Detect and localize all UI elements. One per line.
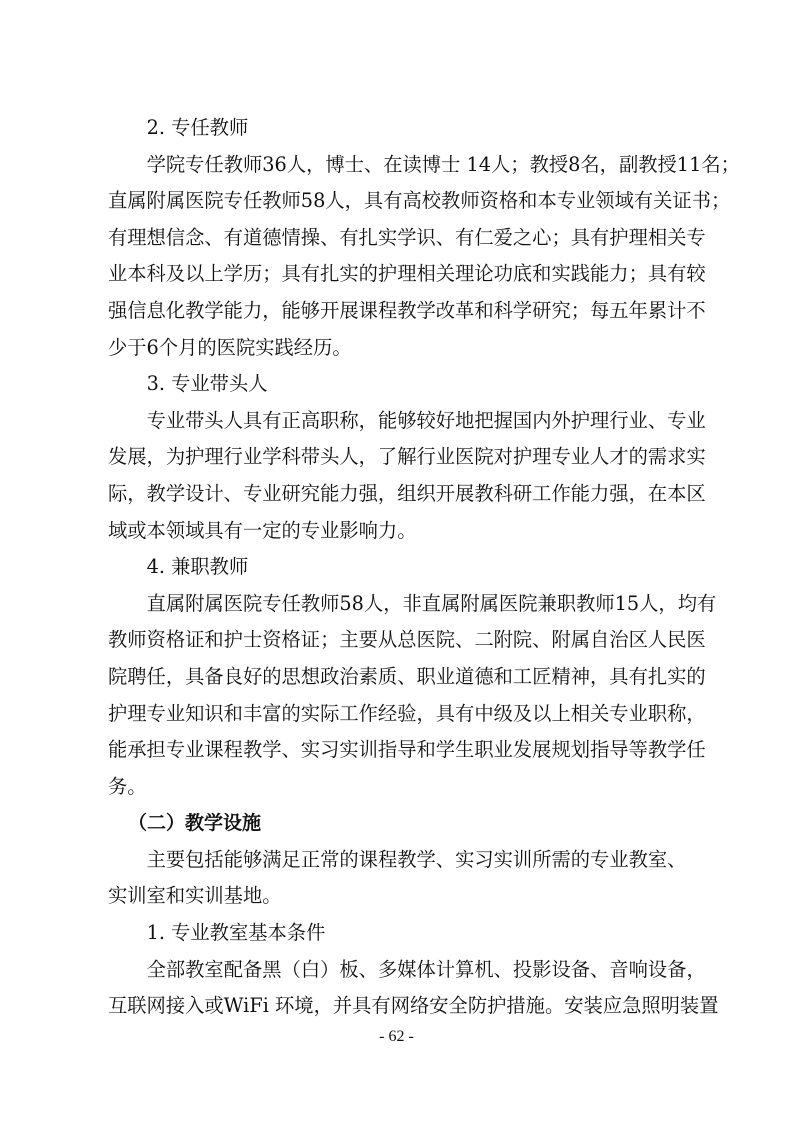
text-line: 有理想信念、有道德情操、有扎实学识、有仁爱之心；具有护理相关专 <box>108 220 689 257</box>
text-line: 护理专业知识和丰富的实际工作经验，具有中级及以上相关专业职称， <box>108 696 689 733</box>
text-line: 院聘任，具备良好的思想政治素质、职业道德和工匠精神，具有扎实的 <box>108 659 689 696</box>
text-line: 直属附属医院专任教师58人，具有高校教师资格和本专业领域有关证书； <box>108 183 689 220</box>
text-line: 实训室和实训基地。 <box>108 878 689 915</box>
page-number: - 62 - <box>0 1028 793 1046</box>
subheading-program-leader: 3. 专业带头人 <box>108 366 689 403</box>
paragraph-program-leader: 专业带头人具有正高职称，能够较好地把握国内外护理行业、专业 发展，为护理行业学科… <box>108 403 689 549</box>
text-line: 直属附属医院专任教师58人，非直属附属医院兼职教师15人，均有 <box>108 586 689 623</box>
subheading-full-time-teachers: 2. 专任教师 <box>108 110 689 147</box>
text-line: 互联网接入或WiFi 环境，并具有网络安全防护措施。安装应急照明装置 <box>108 988 689 1025</box>
section-heading-teaching-facilities: （二）教学设施 <box>108 805 689 842</box>
text-line: 少于6个月的医院实践经历。 <box>108 330 689 367</box>
paragraph-teaching-facilities: 主要包括能够满足正常的课程教学、实习实训所需的专业教室、 实训室和实训基地。 <box>108 842 689 915</box>
text-line: 教师资格证和护士资格证；主要从总医院、二附院、附属自治区人民医 <box>108 622 689 659</box>
text-line: 专业带头人具有正高职称，能够较好地把握国内外护理行业、专业 <box>108 403 689 440</box>
text-line: 全部教室配备黑（白）板、多媒体计算机、投影设备、音响设备， <box>108 952 689 989</box>
text-line: 学院专任教师36人，博士、在读博士 14人；教授8名，副教授11名； <box>108 147 689 184</box>
text-line: 发展，为护理行业学科带头人，了解行业医院对护理专业人才的需求实 <box>108 439 689 476</box>
paragraph-part-time-teachers: 直属附属医院专任教师58人，非直属附属医院兼职教师15人，均有 教师资格证和护士… <box>108 586 689 806</box>
text-line: 业本科及以上学历；具有扎实的护理相关理论功底和实践能力；具有较 <box>108 256 689 293</box>
subheading-classroom-conditions: 1. 专业教室基本条件 <box>108 915 689 952</box>
text-line: 域或本领域具有一定的专业影响力。 <box>108 513 689 550</box>
document-body: 2. 专任教师 学院专任教师36人，博士、在读博士 14人；教授8名，副教授11… <box>108 110 689 1025</box>
paragraph-classroom-conditions: 全部教室配备黑（白）板、多媒体计算机、投影设备、音响设备， 互联网接入或WiFi… <box>108 952 689 1025</box>
text-line: 强信息化教学能力，能够开展课程教学改革和科学研究；每五年累计不 <box>108 293 689 330</box>
text-line: 能承担专业课程教学、实习实训指导和学生职业发展规划指导等教学任 <box>108 732 689 769</box>
text-line: 际，教学设计、专业研究能力强，组织开展教科研工作能力强，在本区 <box>108 476 689 513</box>
text-line: 务。 <box>108 769 689 806</box>
paragraph-full-time-teachers: 学院专任教师36人，博士、在读博士 14人；教授8名，副教授11名； 直属附属医… <box>108 147 689 367</box>
text-line: 主要包括能够满足正常的课程教学、实习实训所需的专业教室、 <box>108 842 689 879</box>
subheading-part-time-teachers: 4. 兼职教师 <box>108 549 689 586</box>
